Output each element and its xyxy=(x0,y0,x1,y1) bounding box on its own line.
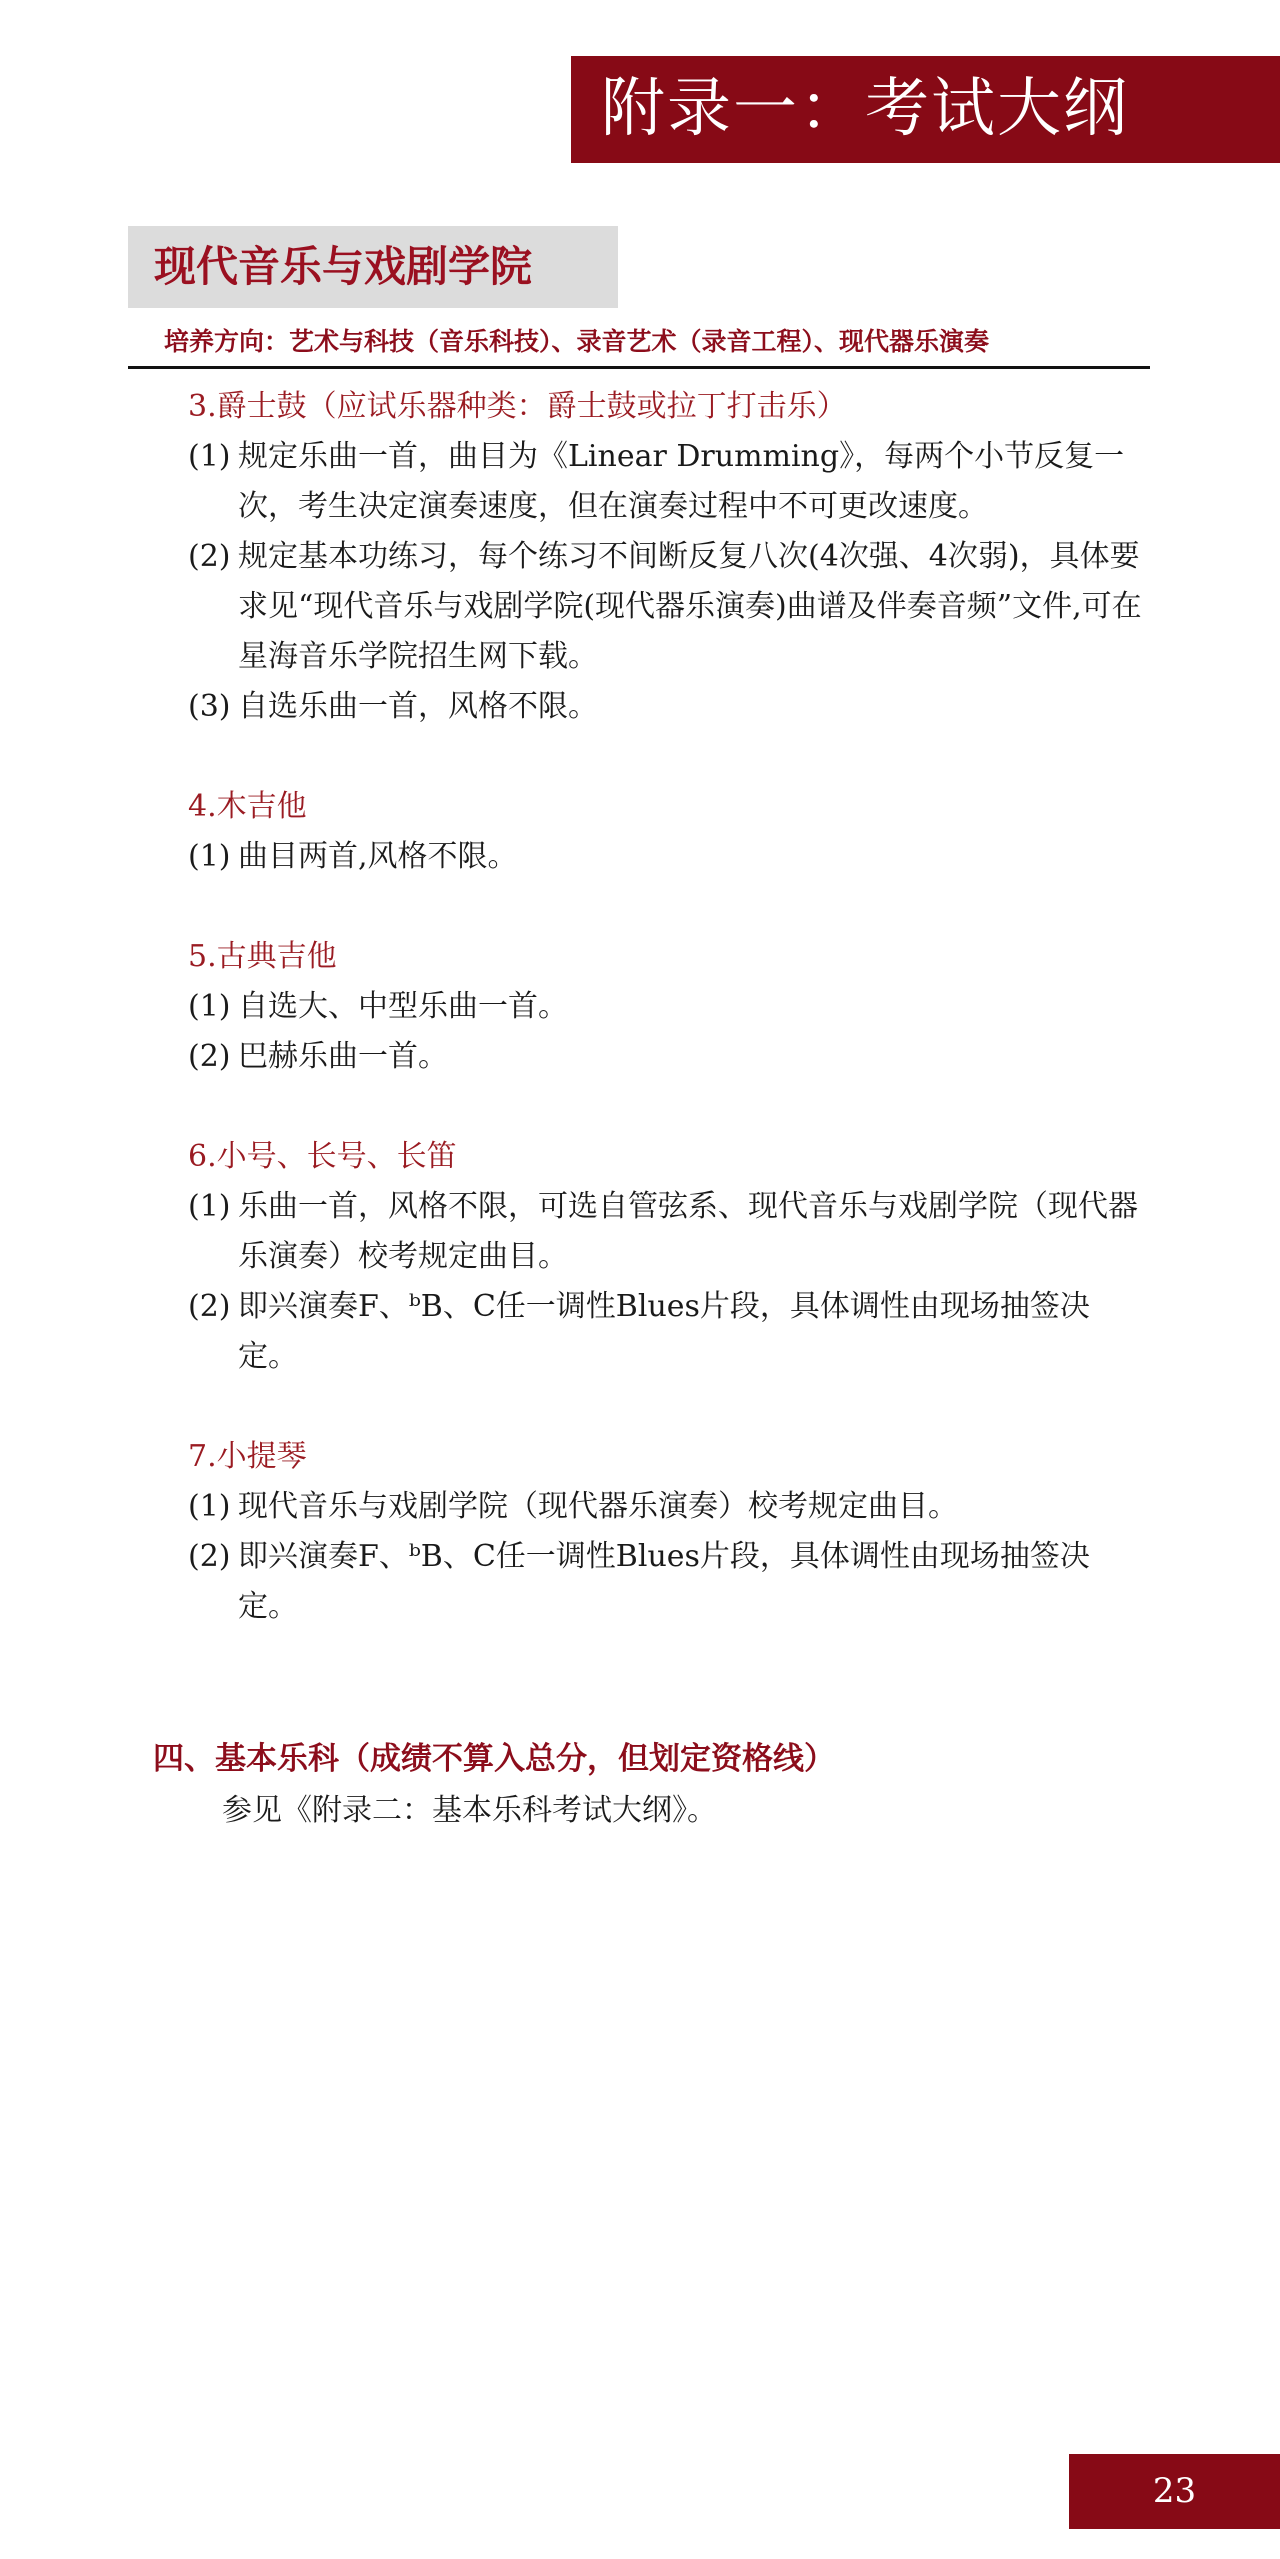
page-number-box: 23 xyxy=(1069,2454,1280,2529)
item-number: (2) xyxy=(188,1532,231,1582)
item-number: (2) xyxy=(188,1032,231,1082)
exam-items: 3.爵士鼓（应试乐器种类：爵士鼓或拉丁打击乐） (1)规定乐曲一首，曲目为《Li… xyxy=(188,382,1148,1632)
item-text: 自选大、中型乐曲一首。 xyxy=(238,989,568,1024)
school-name: 现代音乐与戏剧学院 xyxy=(154,226,532,308)
item-number: (1) xyxy=(188,832,231,882)
item-number: (1) xyxy=(188,982,231,1032)
list-item: (3)自选乐曲一首，风格不限。 xyxy=(188,682,1148,732)
item-text: 自选乐曲一首，风格不限。 xyxy=(238,689,598,724)
list-item: (1)现代音乐与戏剧学院（现代器乐演奏）校考规定曲目。 xyxy=(188,1482,1148,1532)
list-item: (2)巴赫乐曲一首。 xyxy=(188,1032,1148,1082)
item-heading-acoustic-guitar: 4.木吉他 xyxy=(188,782,1148,832)
school-name-box: 现代音乐与戏剧学院 xyxy=(128,226,618,308)
item-text: 乐曲一首，风格不限，可选自管弦系、现代音乐与戏剧学院（现代器乐演奏）校考规定曲目… xyxy=(238,1189,1138,1274)
list-item: (2)即兴演奏F、ᵇB、C任一调性Blues片段，具体调性由现场抽签决定。 xyxy=(188,1282,1148,1382)
item-text: 即兴演奏F、ᵇB、C任一调性Blues片段，具体调性由现场抽签决定。 xyxy=(238,1539,1090,1624)
item-text: 即兴演奏F、ᵇB、C任一调性Blues片段，具体调性由现场抽签决定。 xyxy=(238,1289,1090,1374)
divider-rule xyxy=(128,366,1150,369)
list-item: (1)规定乐曲一首，曲目为《Linear Drumming》，每两个小节反复一次… xyxy=(188,432,1148,532)
item-number: (2) xyxy=(188,532,231,582)
page-number: 23 xyxy=(1069,2454,1280,2529)
training-directions: 培养方向：艺术与科技（音乐科技）、录音艺术（录音工程）、现代器乐演奏 xyxy=(164,322,989,358)
list-item: (2)即兴演奏F、ᵇB、C任一调性Blues片段，具体调性由现场抽签决定。 xyxy=(188,1532,1148,1632)
item-text: 规定乐曲一首，曲目为《Linear Drumming》，每两个小节反复一次，考生… xyxy=(238,439,1124,524)
item-number: (3) xyxy=(188,682,231,732)
appendix-banner: 附录一：考试大纲 xyxy=(571,56,1280,163)
item-heading-classical-guitar: 5.古典吉他 xyxy=(188,932,1148,982)
item-text: 曲目两首,风格不限。 xyxy=(238,839,518,874)
item-heading-violin: 7.小提琴 xyxy=(188,1432,1148,1482)
item-number: (1) xyxy=(188,1482,231,1532)
list-item: (2)规定基本功练习，每个练习不间断反复八次(4次强、4次弱)，具体要求见“现代… xyxy=(188,532,1148,682)
item-heading-brass-flute: 6.小号、长号、长笛 xyxy=(188,1132,1148,1182)
item-number: (1) xyxy=(188,432,231,482)
section-heading-basic-music: 四、基本乐科（成绩不算入总分，但划定资格线） xyxy=(153,1733,835,1778)
page-title: 附录一：考试大纲 xyxy=(601,56,1129,163)
item-number: (1) xyxy=(188,1182,231,1232)
item-text: 规定基本功练习，每个练习不间断反复八次(4次强、4次弱)，具体要求见“现代音乐与… xyxy=(238,539,1142,674)
item-number: (2) xyxy=(188,1282,231,1332)
list-item: (1)自选大、中型乐曲一首。 xyxy=(188,982,1148,1032)
item-text: 巴赫乐曲一首。 xyxy=(238,1039,448,1074)
section-note: 参见《附录二：基本乐科考试大纲》。 xyxy=(222,1785,717,1829)
list-item: (1)乐曲一首，风格不限，可选自管弦系、现代音乐与戏剧学院（现代器乐演奏）校考规… xyxy=(188,1182,1148,1282)
item-text: 现代音乐与戏剧学院（现代器乐演奏）校考规定曲目。 xyxy=(238,1489,958,1524)
list-item: (1)曲目两首,风格不限。 xyxy=(188,832,1148,882)
item-heading-jazz-drums: 3.爵士鼓（应试乐器种类：爵士鼓或拉丁打击乐） xyxy=(188,382,1148,432)
